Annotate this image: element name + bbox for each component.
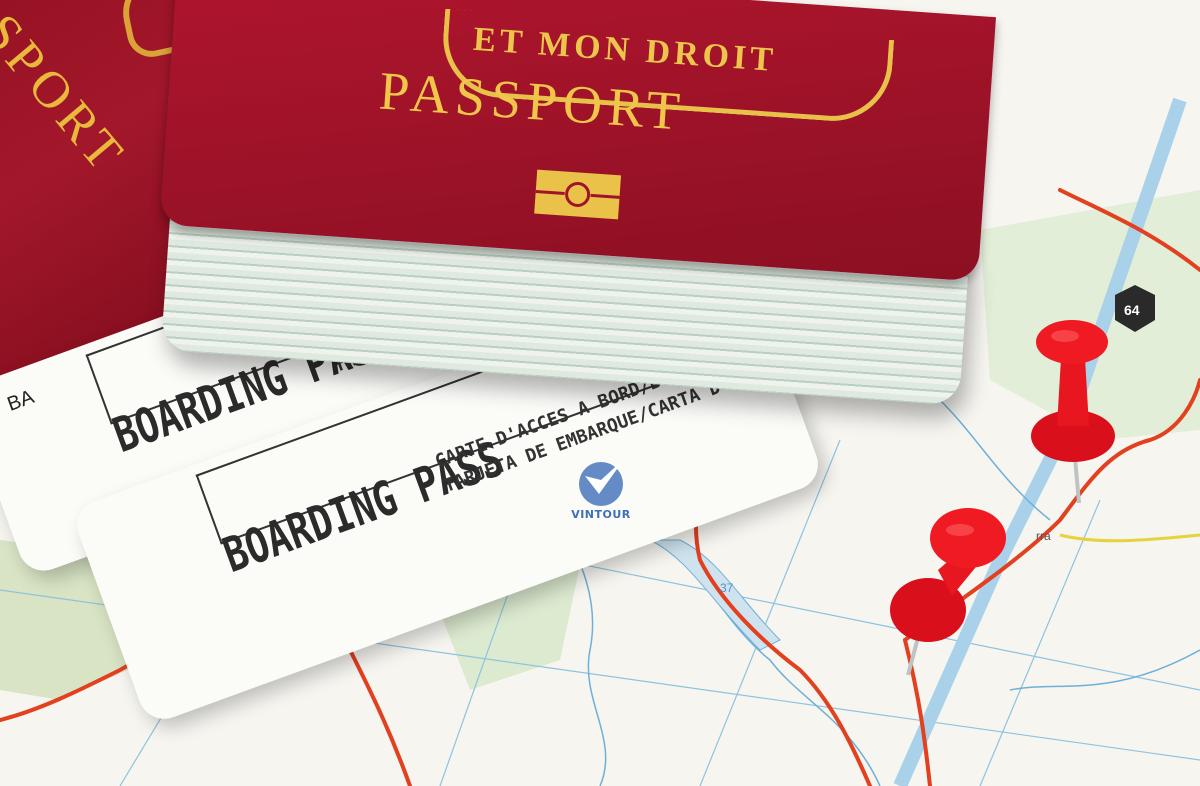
passport-back-title: SSPORT: [0, 0, 138, 186]
watermark-brand: VINTOUR: [566, 508, 636, 521]
map-label-37: 37: [720, 581, 734, 595]
biometric-chip-icon: [533, 169, 622, 221]
svg-text:rra: rra: [1036, 529, 1051, 543]
push-pin-icon: [1025, 318, 1125, 508]
vintour-watermark: VINTOUR: [566, 462, 636, 528]
passport-main: ET MON DROIT PASSPORT: [148, 0, 1006, 447]
checkmark-logo-icon: [579, 462, 623, 506]
push-pin-icon: [888, 500, 1018, 680]
svg-text:64: 64: [1124, 302, 1140, 318]
travel-photo: 37 18 98 rra 64 SSPORT BA BOARDING PASS …: [0, 0, 1200, 786]
ticket-partial-label: BA: [4, 386, 37, 417]
